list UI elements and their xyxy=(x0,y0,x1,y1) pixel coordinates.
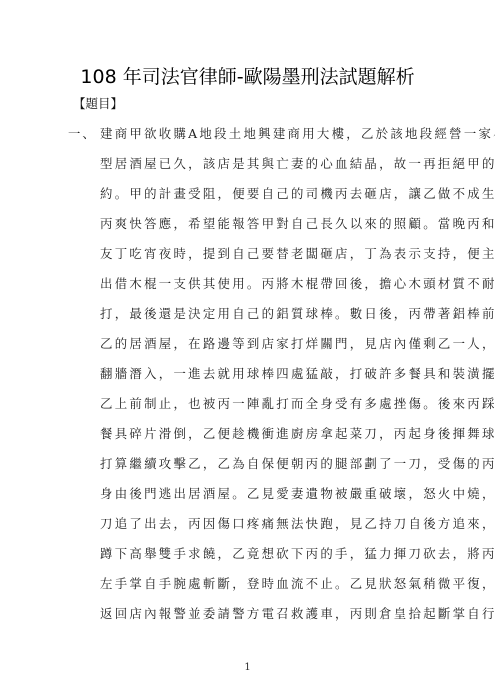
line-text: 建商甲欲收購A地段土地興建商用大樓，乙於該地段經營一家小 xyxy=(100,126,495,141)
section-label: 【題目】 xyxy=(73,94,123,112)
question-body: 一、建商甲欲收購A地段土地興建商用大樓，乙於該地段經營一家小 型居酒屋已久，該店… xyxy=(68,124,423,634)
text-line: 左手掌自手腕處斬斷，登時血流不止。乙見狀怒氣稍微平復，便 xyxy=(68,574,423,604)
text-line: 一、建商甲欲收購A地段土地興建商用大樓，乙於該地段經營一家小 xyxy=(68,124,423,154)
text-line: 友丁吃宵夜時，提到自己要替老闆砸店，丁為表示支持，便主動 xyxy=(68,244,423,274)
text-line: 蹲下高舉雙手求饒，乙竟想砍下丙的手，猛力揮刀砍去，將丙的 xyxy=(68,544,423,574)
text-line: 打，最後還是決定用自己的鋁質球棒。數日後，丙帶著鋁棒前往 xyxy=(68,304,423,334)
text-line: 打算繼續攻擊乙，乙為自保便朝丙的腿部劃了一刀，受傷的丙轉 xyxy=(68,454,423,484)
text-line: 刀追了出去，丙因傷口疼痛無法快跑，見乙持刀自後方追來，便 xyxy=(68,514,423,544)
page-number: 1 xyxy=(0,662,495,673)
text-line: 型居酒屋已久，該店是其與亡妻的心血結晶，故一再拒絕甲的要 xyxy=(68,154,423,184)
question-marker: 一、 xyxy=(68,124,100,144)
text-line: 身由後門逃出居酒屋。乙見愛妻遺物被嚴重破壞，怒火中燒，持 xyxy=(68,484,423,514)
text-line: 乙上前制止，也被丙一陣亂打而全身受有多處挫傷。後來丙踩到 xyxy=(68,394,423,424)
text-line: 出借木棍一支供其使用。丙將木棍帶回後，擔心木頭材質不耐敲 xyxy=(68,274,423,304)
text-line: 返回店內報警並委請警方電召救護車，丙則倉皇拾起斷掌自行勉 xyxy=(68,604,423,634)
text-line: 餐具碎片滑倒，乙便趁機衝進廚房拿起菜刀，丙起身後揮舞球棒 xyxy=(68,424,423,454)
text-line: 乙的居酒屋，在路邊等到店家打烊關門，見店內僅剩乙一人，便 xyxy=(68,334,423,364)
document-title: 108 年司法官律師-歐陽墨刑法試題解析 xyxy=(0,62,495,89)
text-line: 丙爽快答應，希望能報答甲對自己長久以來的照顧。當晚丙和好 xyxy=(68,214,423,244)
text-line: 約。甲的計畫受阻，便要自己的司機丙去砸店，讓乙做不成生意， xyxy=(68,184,423,214)
text-line: 翻牆潛入，一進去就用球棒四處猛敲，打破許多餐具和裝潢擺飾， xyxy=(68,364,423,394)
document-page: 108 年司法官律師-歐陽墨刑法試題解析 【題目】 一、建商甲欲收購A地段土地興… xyxy=(0,0,495,700)
